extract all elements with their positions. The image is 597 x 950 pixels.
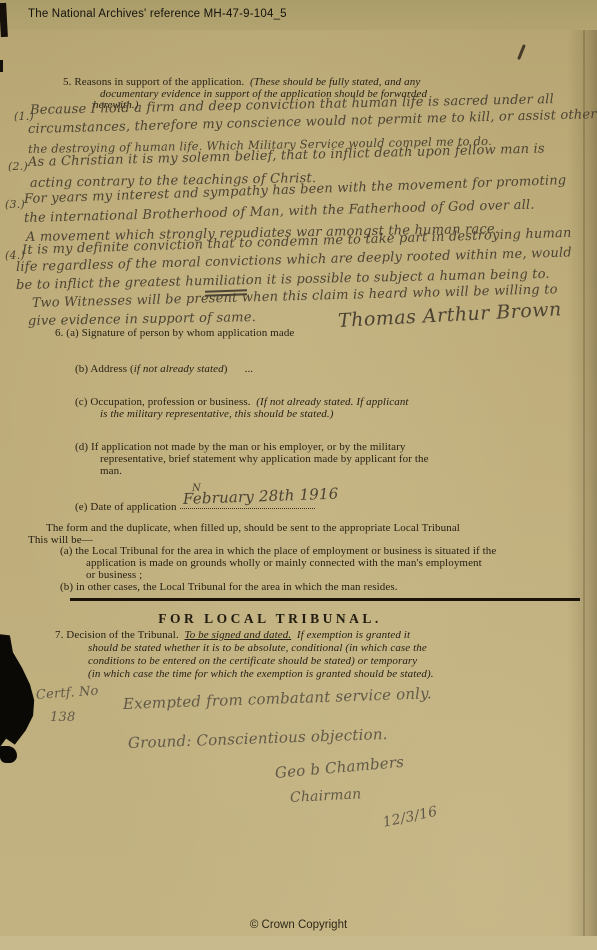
section6b-post: )	[224, 363, 228, 375]
section6b-pre: (b) Address (	[75, 363, 134, 375]
section6b-italic: if not already stated	[134, 363, 224, 375]
footer-note-a1: (a) the Local Tribunal for the area in w…	[60, 545, 496, 557]
archive-reference-banner: The National Archives' reference MH-47-9…	[0, 0, 597, 30]
item7-pre: 7. Decision of the Tribunal.	[55, 629, 179, 641]
item7-line3: conditions to be entered on the certific…	[88, 655, 417, 667]
section6b-label: (b) Address (if not already stated) ...	[75, 363, 253, 375]
bottom-edge-strip	[0, 936, 597, 950]
page-right-edge-shadow	[567, 0, 597, 950]
certificate-number: 138	[50, 710, 75, 725]
section6c-line1: (c) Occupation, profession or business. …	[75, 396, 409, 408]
section6d-line1: (d) If application not made by the man o…	[75, 441, 405, 453]
section5-line1: 5. Reasons in support of the application…	[63, 76, 420, 88]
section5-number: 5.	[63, 76, 71, 88]
item7-rest1: If exemption is granted it	[297, 629, 410, 641]
footer-note-b1: (b) in other cases, the Local Tribunal f…	[60, 581, 398, 593]
section6a-label: 6. (a) Signature of person by whom appli…	[55, 327, 294, 339]
answer3-number: (3.)	[5, 198, 25, 211]
section6b-dots: ...	[245, 363, 254, 375]
crown-copyright-text: © Crown Copyright	[0, 919, 597, 931]
torn-edge-fragment	[0, 60, 3, 72]
section6e-label: (e) Date of application	[75, 501, 177, 513]
item7-underlined: To be signed and dated.	[185, 629, 292, 641]
vertical-crease	[583, 0, 585, 950]
torn-corner-black-small	[0, 746, 17, 763]
section5-label: Reasons in support of the application.	[74, 76, 244, 88]
section6d-line3: man.	[100, 465, 122, 477]
section6c-italic1: (If not already stated. If applicant	[256, 396, 408, 408]
dotted-answer-line	[180, 508, 315, 509]
footer-note-a3: or business ;	[86, 569, 142, 581]
answer2-number: (2.)	[8, 160, 28, 173]
section6c-pre: (c) Occupation, profession or business.	[75, 396, 251, 408]
section6d-line2: representative, brief statement why appl…	[100, 453, 429, 465]
item7-line1: 7. Decision of the Tribunal. To be signe…	[55, 629, 410, 641]
section5-note1: (These should be fully stated, and any	[250, 76, 420, 88]
item7-line4: (in which case the time for which the ex…	[88, 668, 434, 680]
archive-reference-text: The National Archives' reference MH-47-9…	[28, 8, 287, 20]
section6c-line2: is the military representative, this sho…	[100, 408, 334, 420]
footer-note-line1: The form and the duplicate, when filled …	[46, 522, 460, 534]
tribunal-heading: FOR LOCAL TRIBUNAL.	[0, 611, 540, 627]
item7-line2: should be stated whether it is to be abs…	[88, 642, 427, 654]
section-divider-rule	[70, 598, 580, 601]
document-scan: The National Archives' reference MH-47-9…	[0, 0, 597, 950]
footer-note-a2: application is made on grounds wholly or…	[86, 557, 482, 569]
